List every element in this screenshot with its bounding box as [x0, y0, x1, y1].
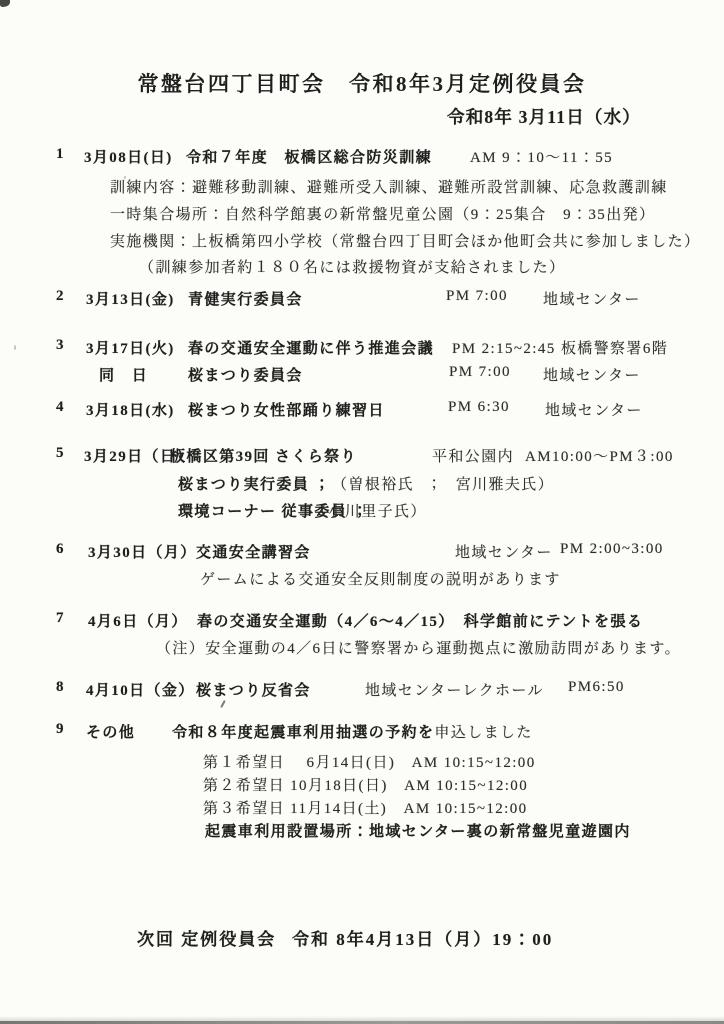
item-detail: 実施機関：上板橋第四小学校（常盤台四丁目町会ほか他町会共に参加しました）	[110, 230, 700, 251]
choice-line: 第２希望日 10月18日(日) AM 10:15~12:00	[203, 774, 528, 795]
item-title: 桜まつり委員会	[188, 364, 303, 385]
agenda-item-4: 4 3月18日(水) 桜まつり女性部踊り練習日 PM 6:30 地域センター	[0, 399, 724, 425]
item-date: 3月17日(火)	[86, 337, 175, 358]
item-date: 4月10日（金）	[86, 679, 195, 700]
item-title: 春の交通安全運動に伴う推進会議	[188, 337, 434, 358]
item-time: PM6:50	[568, 679, 625, 696]
scan-artifact-speck	[14, 345, 16, 350]
meeting-date: 令和8年 3月11日（水）	[447, 104, 641, 129]
agenda-item-5-environment: 環境コーナー 従事委員 ； （小川里子氏）	[0, 500, 724, 526]
item-number: 3	[56, 337, 65, 354]
item-title-rest: 申込しました	[434, 725, 532, 741]
item-time: AM 9：10～11：55	[470, 146, 613, 167]
item-place: 平和公園内	[432, 445, 514, 466]
meeting-date-row: 令和8年 3月11日（水）	[0, 104, 724, 130]
item-time: PM 7:00	[449, 364, 511, 381]
item-time: PM 6:30	[448, 399, 510, 416]
item-number: 7	[56, 610, 65, 627]
item-time: PM 2:15~2:45 板橋警察署6階	[452, 337, 668, 358]
item-number: 1	[56, 146, 65, 163]
item-note: ゲームによる交通安全反則制度の説明があります	[200, 568, 561, 589]
item-place: 地域センター	[545, 399, 643, 420]
environment-names: （小川里子氏）	[312, 500, 427, 521]
agenda-item-1: 1 3月08日(日) 令和７年度 板橋区総合防災訓練 AM 9：10～11：55	[0, 146, 724, 172]
scanned-agenda-page: 常盤台四丁目町会 令和8年3月定例役員会 令和8年 3月11日（水） 1 3月0…	[0, 0, 724, 1024]
item-date: 3月08日(日)	[84, 146, 173, 167]
agenda-item-9: 9 その他 令和８年度起震車利用抽選の予約を申込しました	[0, 721, 724, 747]
scan-artifact-corner-smudge	[0, 0, 10, 7]
next-meeting-row: 次回 定例役員会 令和 8年4月13日（月）19：00	[0, 925, 724, 951]
item-title: 交通安全講習会	[196, 541, 311, 562]
agenda-item-5-committee: 桜まつり実行委員 ； （曽根裕氏 ； 宮川雅夫氏）	[0, 473, 724, 499]
item-time: AM10:00～PM３:00	[525, 445, 674, 466]
next-meeting-value: 令和 8年4月13日（月）19：00	[292, 925, 553, 950]
item-date: 3月13日(金)	[86, 288, 175, 309]
agenda-item-1-detail: （訓練参加者約１８０名には救援物資が支給されました）	[0, 256, 724, 282]
item-title: 青健実行委員会	[188, 288, 303, 309]
item-title: 桜まつり女性部踊り練習日	[188, 399, 385, 420]
item-number: 9	[56, 721, 65, 738]
title-row: 常盤台四丁目町会 令和8年3月定例役員会	[0, 68, 724, 94]
agenda-item-8: 8 4月10日（金） 桜まつり反省会 地域センターレクホール PM6:50	[0, 679, 724, 705]
item-date: 4月6日（月）	[88, 610, 188, 631]
item-title: 桜まつり反省会	[196, 679, 311, 700]
agenda-item-6: 6 3月30日（月） 交通安全講習会 地域センター PM 2:00~3:00	[0, 541, 724, 567]
agenda-item-7: 7 4月6日（月） 春の交通安全運動（4／6～4／15） 科学館前にテントを張る	[0, 610, 724, 636]
agenda-item-9-location: 起震車利用設置場所：地域センター裏の新常盤児童遊園内	[0, 820, 724, 846]
item-title: 令和７年度 板橋区総合防災訓練	[186, 146, 432, 167]
item-place: 地域センター	[543, 288, 641, 309]
item-place: 地域センター	[455, 541, 553, 562]
item-time: PM 7:00	[446, 288, 508, 305]
item-title: 令和８年度起震車利用抽選の予約を申込しました	[172, 721, 533, 742]
item-detail: 一時集合場所：自然科学館裏の新常盤児童公園（9：25集合 9：35出発）	[110, 203, 655, 224]
choice-line: 第３希望日 11月14日(土) AM 10:15~12:00	[203, 797, 528, 818]
committee-label: 桜まつり実行委員 ；	[178, 473, 331, 494]
item-place: 地域センター	[543, 364, 641, 385]
item-detail: （訓練参加者約１８０名には救援物資が支給されました）	[139, 256, 565, 277]
item-title: 板橋区第39回 さくら祭り	[170, 445, 357, 466]
item-date: 3月30日（月）	[88, 541, 197, 562]
next-meeting-label: 次回 定例役員会	[137, 925, 276, 950]
item-detail: 訓練内容：避難移動訓練、避難所受入訓練、避難所設営訓練、応急救護訓練	[110, 176, 668, 197]
item-number: 6	[56, 541, 65, 558]
agenda-item-6-note: ゲームによる交通安全反則制度の説明があります	[0, 568, 724, 594]
choice-line: 第１希望日 6月14日(日) AM 10:15~12:00	[203, 751, 536, 772]
agenda-item-5: 5 3月29日（日） 板橋区第39回 さくら祭り 平和公園内 AM10:00～P…	[0, 445, 724, 471]
item-title-bold: 令和８年度起震車利用抽選の予約を	[172, 725, 434, 741]
item-place: 地域センターレクホール	[365, 679, 544, 700]
agenda-item-7-note: （注）安全運動の4／6日に警察署から運動拠点に激励訪問があります。	[0, 637, 724, 663]
agenda-item-1-detail: 一時集合場所：自然科学館裏の新常盤児童公園（9：25集合 9：35出発）	[0, 203, 724, 229]
item-date: 3月18日(水)	[86, 399, 175, 420]
item-number: 5	[56, 445, 65, 462]
scan-artifact-speck	[124, 176, 126, 179]
item-number: 4	[56, 399, 65, 416]
item-label: その他	[86, 721, 135, 742]
item-number: 8	[56, 679, 65, 696]
item-note: （注）安全運動の4／6日に警察署から運動拠点に激励訪問があります。	[156, 637, 681, 658]
item-time: PM 2:00~3:00	[560, 541, 664, 558]
item-date: 同 日	[99, 364, 148, 385]
item-title: 春の交通安全運動（4／6～4／15） 科学館前にテントを張る	[197, 610, 643, 631]
agenda-item-1-detail: 訓練内容：避難移動訓練、避難所受入訓練、避難所設営訓練、応急救護訓練	[0, 176, 724, 202]
agenda-item-2: 2 3月13日(金) 青健実行委員会 PM 7:00 地域センター	[0, 288, 724, 314]
document-title: 常盤台四丁目町会 令和8年3月定例役員会	[138, 72, 587, 96]
agenda-item-3-second: 同 日 桜まつり委員会 PM 7:00 地域センター	[0, 364, 724, 390]
committee-names: （曽根裕氏 ； 宮川雅夫氏）	[332, 473, 554, 494]
agenda-item-3: 3 3月17日(火) 春の交通安全運動に伴う推進会議 PM 2:15~2:45 …	[0, 337, 724, 363]
agenda-item-1-detail: 実施機関：上板橋第四小学校（常盤台四丁目町会ほか他町会共に参加しました）	[0, 230, 724, 256]
location-line: 起震車利用設置場所：地域センター裏の新常盤児童遊園内	[205, 820, 631, 841]
item-number: 2	[56, 288, 65, 305]
